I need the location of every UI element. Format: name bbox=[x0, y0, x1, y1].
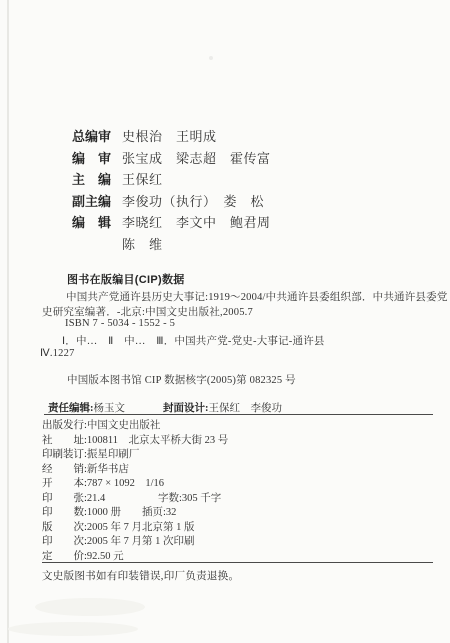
colophon-value: 92.50 元 bbox=[87, 551, 124, 562]
colophon-row: 版 次:2005 年 7 月北京第 1 版 bbox=[42, 521, 442, 536]
editorial-role-label: 副主编 bbox=[72, 191, 112, 213]
editorial-row: 编 辑李晓红 李文中 鲍君周 bbox=[72, 212, 271, 234]
colophon-row: 印 数:1000 册插页:32 bbox=[42, 506, 442, 521]
colophon-row: 开 本:787 × 1092 1/16 bbox=[42, 477, 442, 492]
colophon-row: 印 次:2005 年 7 月第 1 次印刷 bbox=[42, 535, 442, 550]
editorial-names: 史根治 王明成 bbox=[122, 129, 217, 144]
cip-classification: Ⅰ．中… Ⅱ 中… Ⅲ．中国共产党-党史-大事记-通许县 bbox=[62, 333, 325, 348]
divider-line-top bbox=[44, 414, 433, 415]
cip-description-line2: 史研究室编著．-北京:中国文史出版社,2005.7 bbox=[42, 304, 253, 319]
colophon-row: 印 张:21.4字数:305 千字 bbox=[42, 492, 442, 507]
editorial-names: 李俊功（执行） 娄 松 bbox=[122, 194, 264, 209]
colophon-label: 出版发行: bbox=[42, 420, 87, 431]
scan-speck bbox=[209, 56, 213, 60]
copyright-page: 总编审史根治 王明成 编 审张宝成 梁志超 霍传富 主 编王保红 副主编李俊功（… bbox=[0, 0, 450, 643]
colophon-label: 印 数: bbox=[42, 507, 87, 518]
scan-edge-line bbox=[7, 0, 9, 643]
editorial-row: 编 审张宝成 梁志超 霍传富 bbox=[72, 148, 271, 170]
footer-note: 文史版图书如有印装错误,印厂负责退换。 bbox=[42, 568, 239, 583]
editorial-row: 总编审史根治 王明成 bbox=[72, 126, 271, 148]
colophon-value: 振星印刷厂 bbox=[87, 449, 140, 460]
editorial-role-label: 编 辑 bbox=[72, 212, 112, 234]
responsible-editor-name: 杨玉文 bbox=[94, 403, 126, 414]
colophon-row: 经 销:新华书店 bbox=[42, 463, 442, 478]
divider-line-bottom bbox=[42, 562, 433, 563]
editorial-row: 陈 维 bbox=[72, 234, 271, 256]
colophon-row: 印刷装订:振星印刷厂 bbox=[42, 448, 442, 463]
editorial-row: 主 编王保红 bbox=[72, 169, 271, 191]
editorial-row: 副主编李俊功（执行） 娄 松 bbox=[72, 191, 271, 213]
colophon-row: 社 址:100811 北京太平桥大街 23 号 bbox=[42, 434, 442, 449]
colophon-secondary-value: 字数:305 千字 bbox=[158, 492, 221, 507]
editorial-names: 陈 维 bbox=[122, 237, 163, 252]
colophon-label: 社 址: bbox=[42, 435, 87, 446]
editorial-role-label: 编 审 bbox=[72, 148, 112, 170]
colophon-block: 出版发行:中国文史出版社 社 址:100811 北京太平桥大街 23 号 印刷装… bbox=[42, 419, 442, 564]
cip-class-number: Ⅳ.1227 bbox=[40, 347, 75, 359]
cip-record-number: 中国版本图书馆 CIP 数据核字(2005)第 082325 号 bbox=[67, 372, 296, 387]
responsible-editor: 责任编辑:杨玉文 bbox=[48, 400, 125, 415]
colophon-value: 21.4 bbox=[87, 493, 105, 504]
colophon-secondary-value: 插页:32 bbox=[142, 506, 176, 521]
cover-designer: 封面设计:王保红 李俊功 bbox=[163, 400, 282, 415]
colophon-label: 开 本: bbox=[42, 478, 87, 489]
scan-shadow bbox=[35, 598, 145, 616]
editorial-names: 李晓红 李文中 鲍君周 bbox=[122, 215, 271, 230]
colophon-label: 经 销: bbox=[42, 464, 87, 475]
colophon-label: 印 次: bbox=[42, 536, 87, 547]
colophon-value: 1000 册 bbox=[87, 507, 121, 518]
colophon-value: 中国文史出版社 bbox=[87, 420, 161, 431]
editorial-board: 总编审史根治 王明成 编 审张宝成 梁志超 霍传富 主 编王保红 副主编李俊功（… bbox=[72, 126, 271, 256]
cover-designer-names: 王保红 李俊功 bbox=[209, 403, 283, 414]
colophon-value: 2005 年 7 月北京第 1 版 bbox=[87, 522, 195, 533]
colophon-label: 版 次: bbox=[42, 522, 87, 533]
responsible-editor-label: 责任编辑: bbox=[48, 403, 94, 414]
colophon-label: 印刷装订: bbox=[42, 449, 87, 460]
editorial-names: 张宝成 梁志超 霍传富 bbox=[122, 151, 271, 166]
colophon-row: 出版发行:中国文史出版社 bbox=[42, 419, 442, 434]
editorial-names: 王保红 bbox=[122, 172, 163, 187]
editorial-role-label: 总编审 bbox=[72, 126, 112, 148]
isbn-number: ISBN 7 - 5034 - 1552 - 5 bbox=[65, 318, 175, 329]
colophon-value: 787 × 1092 1/16 bbox=[87, 478, 164, 489]
editorial-role-label: 主 编 bbox=[72, 169, 112, 191]
scan-shadow bbox=[8, 622, 138, 636]
cover-designer-label: 封面设计: bbox=[163, 403, 209, 414]
cip-heading: 图书在版编目(CIP)数据 bbox=[67, 271, 185, 287]
colophon-label: 印 张: bbox=[42, 493, 87, 504]
colophon-value: 新华书店 bbox=[87, 464, 129, 475]
cip-description-line1: 中国共产党通许县历史大事记:1919～2004/中共通许县委组织部．中共通许县委… bbox=[66, 289, 448, 304]
colophon-value: 100811 北京太平桥大街 23 号 bbox=[87, 435, 228, 446]
colophon-label: 定 价: bbox=[42, 551, 87, 562]
colophon-value: 2005 年 7 月第 1 次印刷 bbox=[87, 536, 195, 547]
